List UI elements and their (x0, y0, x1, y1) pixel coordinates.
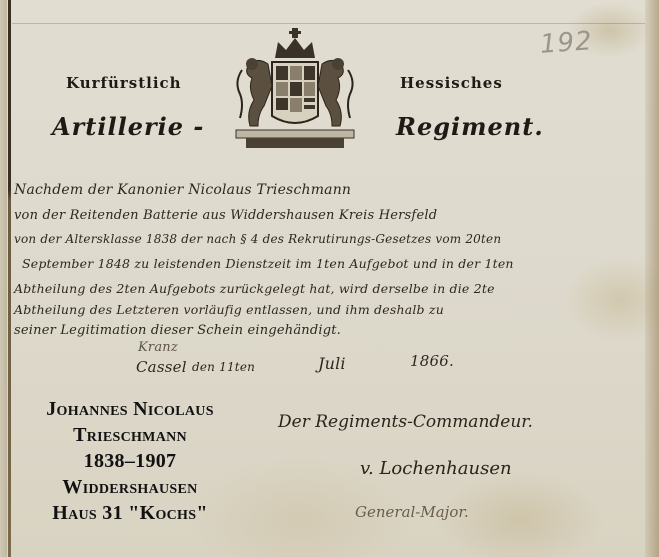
page-edge (645, 0, 659, 557)
caption-line-name: Johannes Nicolaus (24, 396, 236, 422)
date-place: Cassel (136, 358, 187, 376)
handwritten-line-2: von der Reitenden Batterie aus Widdersha… (14, 208, 437, 223)
caption-line-house: Haus 31 "Kochs" (24, 500, 236, 526)
handwritten-line-6: Abtheilung des Letzteren vorläufig entla… (14, 302, 444, 317)
caption-overlay: Johannes Nicolaus Trieschmann 1838–1907 … (24, 396, 236, 526)
archive-number: 192 (539, 26, 594, 60)
signature-rank: General-Major. (355, 503, 469, 521)
header-hessisches: Hessisches (400, 74, 503, 92)
signature-name: v. Lochenhausen (360, 458, 512, 479)
handwritten-line-4: September 1848 zu leistenden Dienstzeit … (22, 256, 514, 271)
handwritten-line-7: seiner Legitimation dieser Schein eingeh… (14, 323, 341, 338)
header-artillerie: Artillerie - (52, 112, 204, 141)
signature-title: Der Regiments-Commandeur. (278, 412, 533, 432)
place-correction: Kranz (138, 340, 178, 355)
top-rule (12, 23, 645, 24)
date-year: 1866. (410, 352, 454, 370)
caption-line-years: 1838–1907 (24, 448, 236, 474)
date-month: Juli (318, 354, 346, 373)
handwritten-line-1: Nachdem der Kanonier Nicolaus Trieschman… (14, 182, 351, 198)
date-day: den 11ten (192, 360, 255, 374)
binding-line (8, 0, 11, 557)
coat-of-arms-icon (228, 26, 362, 154)
handwritten-line-3: von der Altersklasse 1838 der nach § 4 d… (14, 232, 501, 246)
header-kurfuerstlich: Kurfürstlich (66, 74, 182, 92)
page-margin (0, 0, 7, 557)
handwritten-line-5: Abtheilung des 2ten Aufgebots zurückgele… (14, 281, 495, 296)
header-regiment: Regiment. (396, 112, 544, 141)
document-scan: 192 Kurfürstlich Artillerie - Hessisches… (0, 0, 659, 557)
caption-line-surname: Trieschmann (24, 422, 236, 448)
caption-line-village: Widdershausen (24, 474, 236, 500)
